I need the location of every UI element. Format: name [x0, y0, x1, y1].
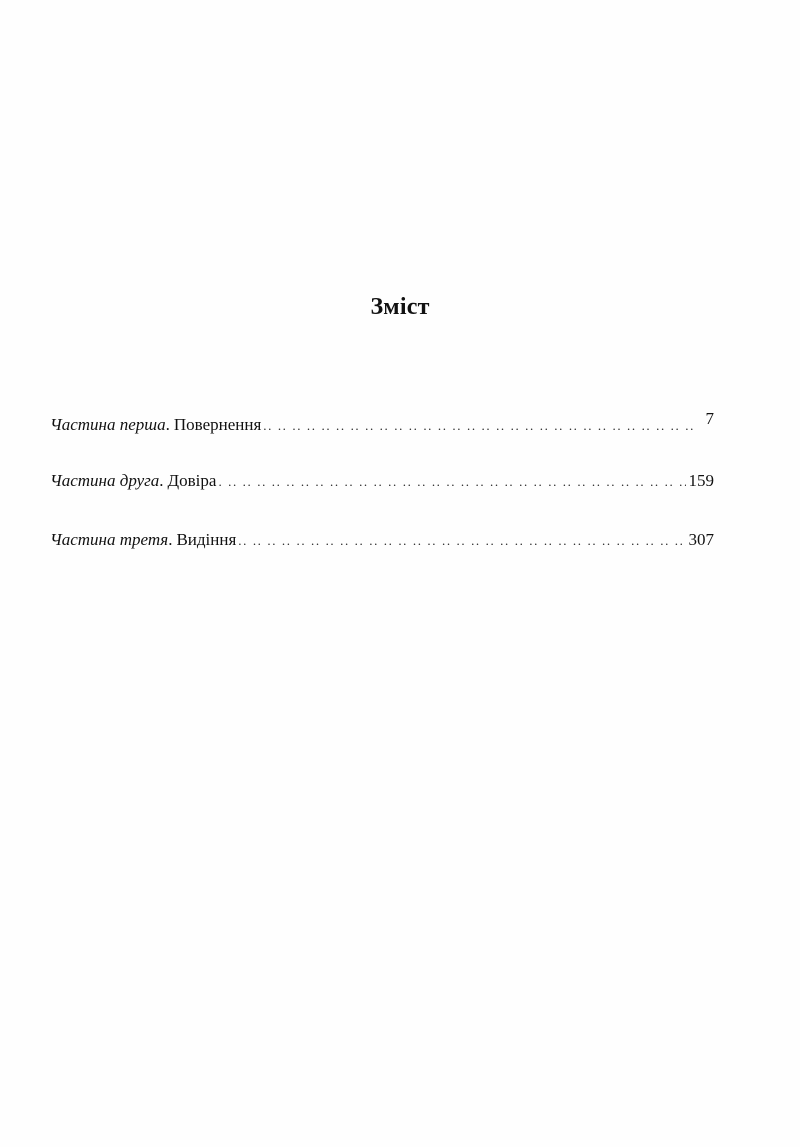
page-number: 7 [696, 408, 715, 430]
separator: . [168, 529, 172, 551]
part-label: Частина перша [50, 414, 166, 436]
book-page: Зміст Частина перша.Повернення.. .. .. .… [0, 0, 800, 1147]
chapter-title: Видіння [176, 529, 236, 551]
chapter-title: Повернення [174, 414, 261, 436]
toc-entry-part-2[interactable]: Частина друга.Довіра . .. .. .. .. .. ..… [50, 470, 714, 492]
toc-heading: Зміст [0, 292, 800, 322]
page-number: 307 [686, 529, 715, 551]
separator: . [159, 470, 163, 492]
dot-leader: .. .. .. .. .. .. .. .. .. .. .. .. .. .… [238, 530, 685, 552]
dot-leader: .. .. .. .. .. .. .. .. .. .. .. .. .. .… [263, 415, 695, 437]
separator: . [166, 414, 170, 436]
toc-entry-part-1[interactable]: Частина перша.Повернення.. .. .. .. .. .… [50, 414, 714, 436]
chapter-title: Довіра [168, 470, 217, 492]
toc-entry-part-3[interactable]: Частина третя.Видіння .. .. .. .. .. .. … [50, 529, 714, 551]
part-label: Частина друга [50, 470, 159, 492]
dot-leader: . .. .. .. .. .. .. .. .. .. .. .. .. ..… [218, 471, 685, 493]
part-label: Частина третя [50, 529, 168, 551]
page-number: 159 [686, 470, 715, 492]
